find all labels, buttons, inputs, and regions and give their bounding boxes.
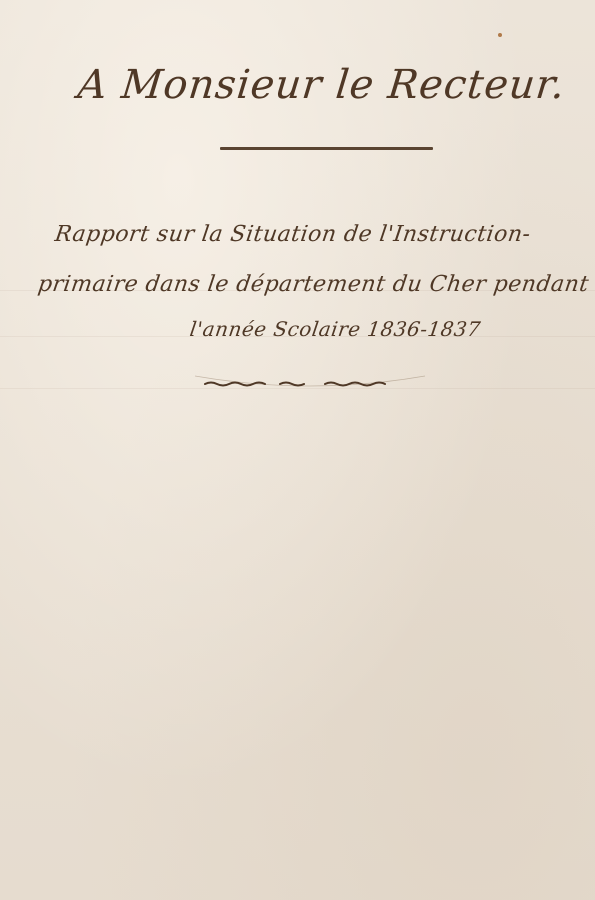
manuscript-page: A Monsieur le Recteur. Rapport sur la Si… — [0, 0, 595, 900]
title-line-2: primaire dans le département du Cher pen… — [36, 272, 590, 297]
decorative-flourish-icon — [190, 368, 430, 398]
address-heading: A Monsieur le Recteur. — [76, 62, 568, 108]
heading-underline — [220, 147, 433, 150]
title-line-3: l'année Scolaire 1836-1837 — [188, 317, 482, 341]
paper-stain — [498, 33, 502, 37]
title-line-1: Rapport sur la Situation de l'Instructio… — [53, 222, 532, 247]
